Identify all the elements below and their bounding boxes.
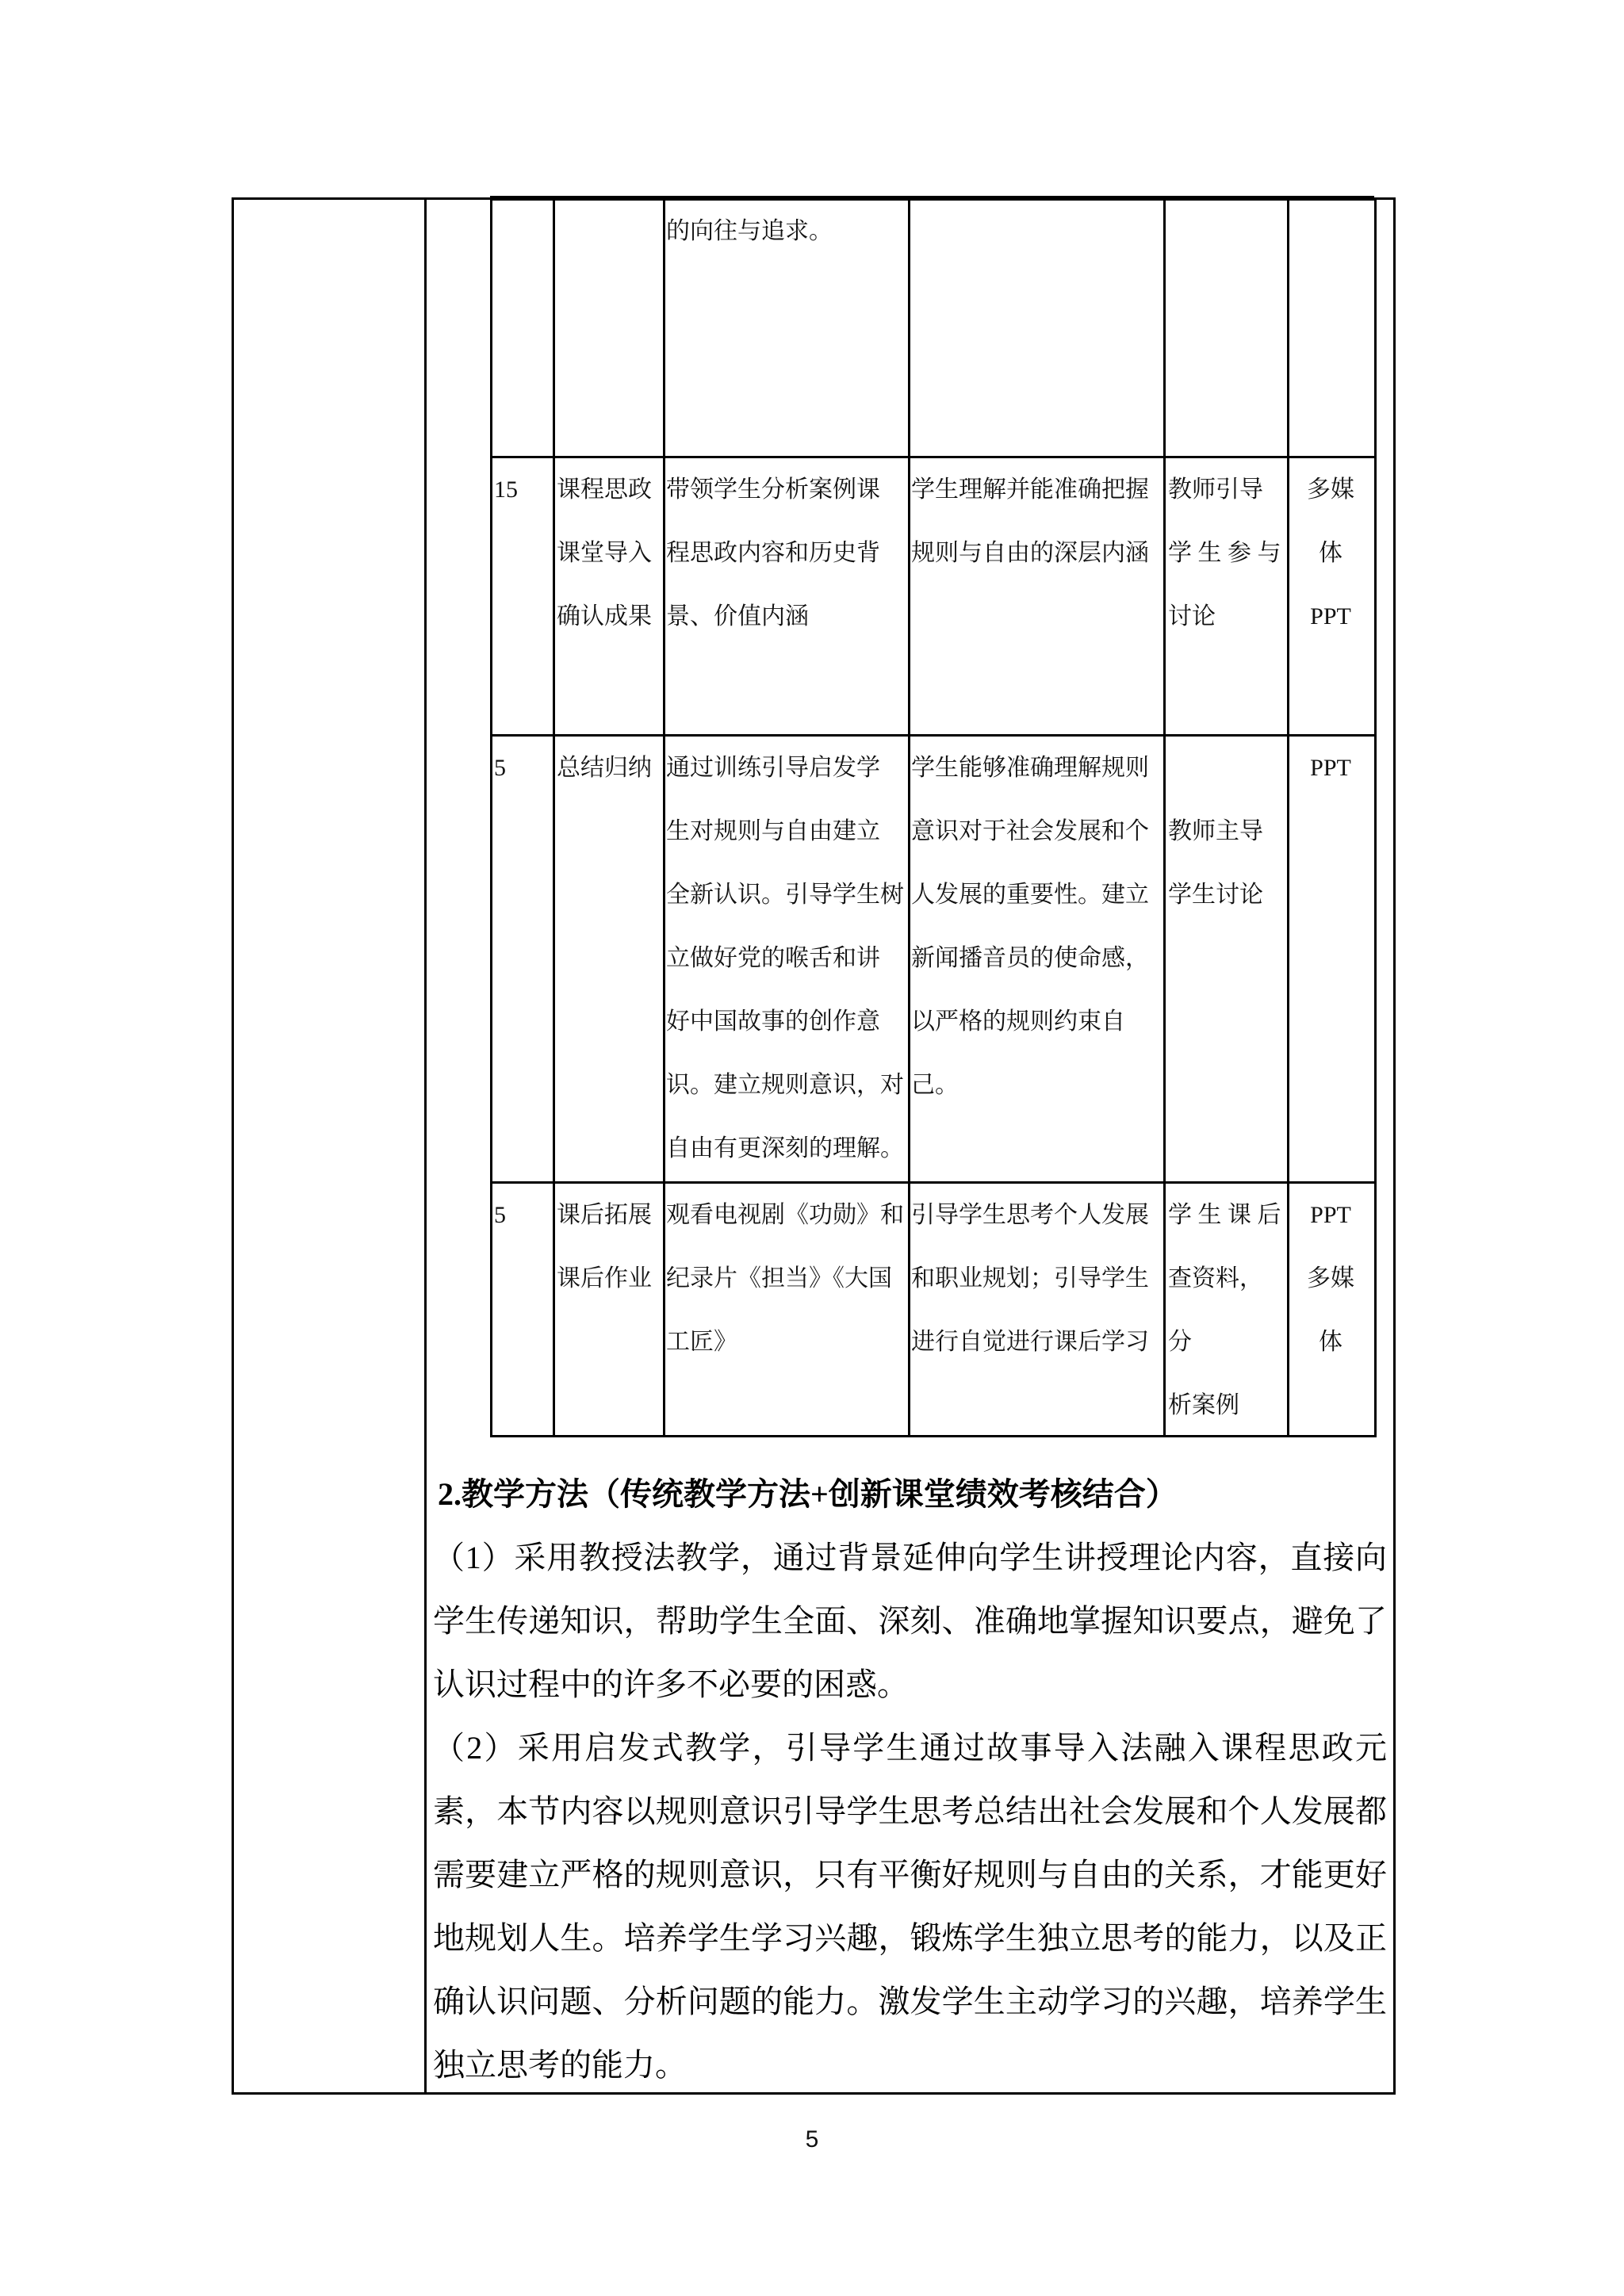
inner-table-column-divider (1163, 197, 1166, 1437)
method-paragraph-2: （2）采用启发式教学，引导学生通过故事导入法融入课程思政元素，本节内容以规则意识… (433, 1716, 1387, 2097)
row1-content-cell: 带领学生分析案例课 程思政内容和历史背 景、价值内涵 (666, 458, 904, 732)
row2-outcome-cell: 学生能够准确理解规则 意识对于社会发展和个 人发展的重要性。建立 新闻播音员的使… (911, 737, 1160, 1179)
teaching-methods-section: 2.教学方法（传统教学方法+创新课堂绩效考核结合） （1）采用教授法教学，通过背… (427, 1463, 1393, 2097)
row2-media-cell: PPT (1289, 737, 1372, 1179)
row3-content-cell: 观看电视剧《功勋》和 纪录片《担当》《大国 工匠》 (666, 1184, 904, 1433)
inner-table-column-divider (908, 197, 910, 1437)
table-border-right (1393, 197, 1396, 2095)
row1-phase-cell: 课程思政 课堂导入 确认成果 (557, 458, 661, 732)
row1-teacher-cell: 教师引导 学 生 参 与 讨论 (1168, 458, 1285, 732)
inner-table-border-right (1374, 197, 1377, 1437)
row0-content-cell: 的向往与追求。 (666, 200, 904, 453)
document-page: 的向往与追求。 15 课程思政 课堂导入 确认成果 带领学生分析案例课 程思政内… (0, 0, 1624, 2296)
row2-phase-cell: 总结归纳 (557, 737, 661, 1179)
inner-table-border-left (490, 197, 492, 1437)
row3-media-cell: PPT 多媒 体 (1289, 1184, 1372, 1433)
method-paragraph-1: （1）采用教授法教学，通过背景延伸向学生讲授理论内容，直接向学生传递知识，帮助学… (433, 1526, 1387, 1716)
row2-teacher-cell: 教师主导 学生讨论 (1168, 737, 1285, 1179)
inner-table-border-top (490, 196, 1374, 201)
row3-time-cell: 5 (494, 1184, 550, 1433)
row2-content-cell: 通过训练引导启发学 生对规则与自由建立 全新认识。引导学生树 立做好党的喉舌和讲… (666, 737, 904, 1179)
row1-outcome-cell: 学生理解并能准确把握 规则与自由的深层内涵 (911, 458, 1160, 732)
row3-outcome-cell: 引导学生思考个人发展 和职业规划；引导学生 进行自觉进行课后学习 (911, 1184, 1160, 1433)
table-border-left (232, 197, 234, 2095)
inner-table-column-divider (553, 197, 555, 1437)
inner-table-column-divider (663, 197, 665, 1437)
row1-time-cell: 15 (494, 458, 550, 732)
row3-phase-cell: 课后拓展 课后作业 (557, 1184, 661, 1433)
row2-time-cell: 5 (494, 737, 550, 1179)
row1-media-cell: 多媒 体 PPT (1289, 458, 1372, 732)
page-number: 5 (0, 2126, 1624, 2153)
row3-teacher-cell: 学 生 课 后 查资料，分 析案例 (1168, 1184, 1285, 1433)
teaching-methods-heading: 2.教学方法（传统教学方法+创新课堂绩效考核结合） (433, 1463, 1387, 1526)
inner-table-border-bottom (490, 1435, 1374, 1437)
